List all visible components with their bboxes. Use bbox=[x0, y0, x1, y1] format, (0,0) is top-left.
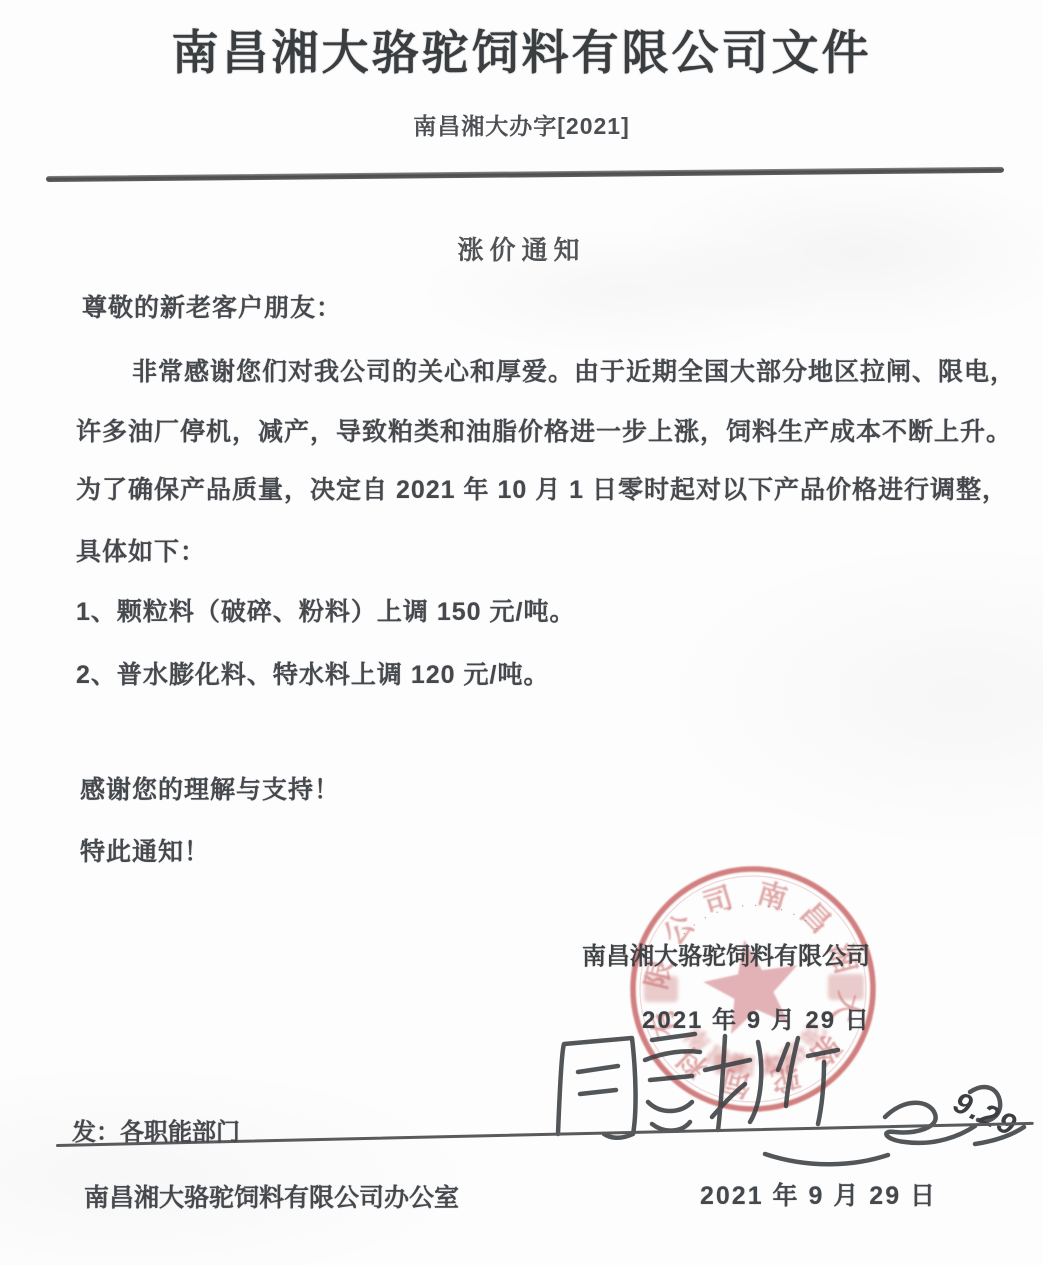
signer-company: 南昌湘大骆驼饲料有限公司 bbox=[582, 936, 870, 971]
distribution-line: 发：各职能部门 bbox=[72, 1112, 240, 1147]
body-line: 许多油厂停机，减产，导致粕类和油脂价格进一步上涨，饲料生产成本不断上升。 bbox=[76, 412, 1012, 448]
office-name: 南昌湘大骆驼饲料有限公司办公室 bbox=[84, 1178, 459, 1214]
notice-title: 涨价通知 bbox=[0, 230, 1043, 267]
document-number: 南昌湘大办字[2021] bbox=[0, 108, 1043, 141]
body-line: 非常感谢您们对我公司的关心和厚爱。由于近期全国大部分地区拉闸、限电， bbox=[132, 352, 1016, 388]
footer-date: 2021 年 9 月 29 日 bbox=[700, 1176, 937, 1212]
header-divider-rule bbox=[46, 167, 1004, 182]
closing-line: 特此通知！ bbox=[80, 832, 210, 868]
thanks-line: 感谢您的理解与支持！ bbox=[80, 770, 340, 806]
price-list-item: 2、普水膨化料、特水料上调 120 元/吨。 bbox=[76, 655, 549, 691]
document-title: 南昌湘大骆驼饲料有限公司文件 bbox=[0, 16, 1043, 83]
body-line: 具体如下： bbox=[76, 532, 206, 568]
salutation-line: 尊敬的新老客户朋友： bbox=[82, 288, 342, 324]
body-line: 为了确保产品质量，决定自 2021 年 10 月 1 日零时起对以下产品价格进行… bbox=[76, 470, 1008, 506]
price-list-item: 1、颗粒料（破碎、粉料）上调 150 元/吨。 bbox=[76, 592, 575, 628]
document-page: 南昌湘大骆驼饲料有限公司文件 南昌湘大办字[2021] 涨价通知 尊敬的新老客户… bbox=[0, 0, 1043, 1265]
